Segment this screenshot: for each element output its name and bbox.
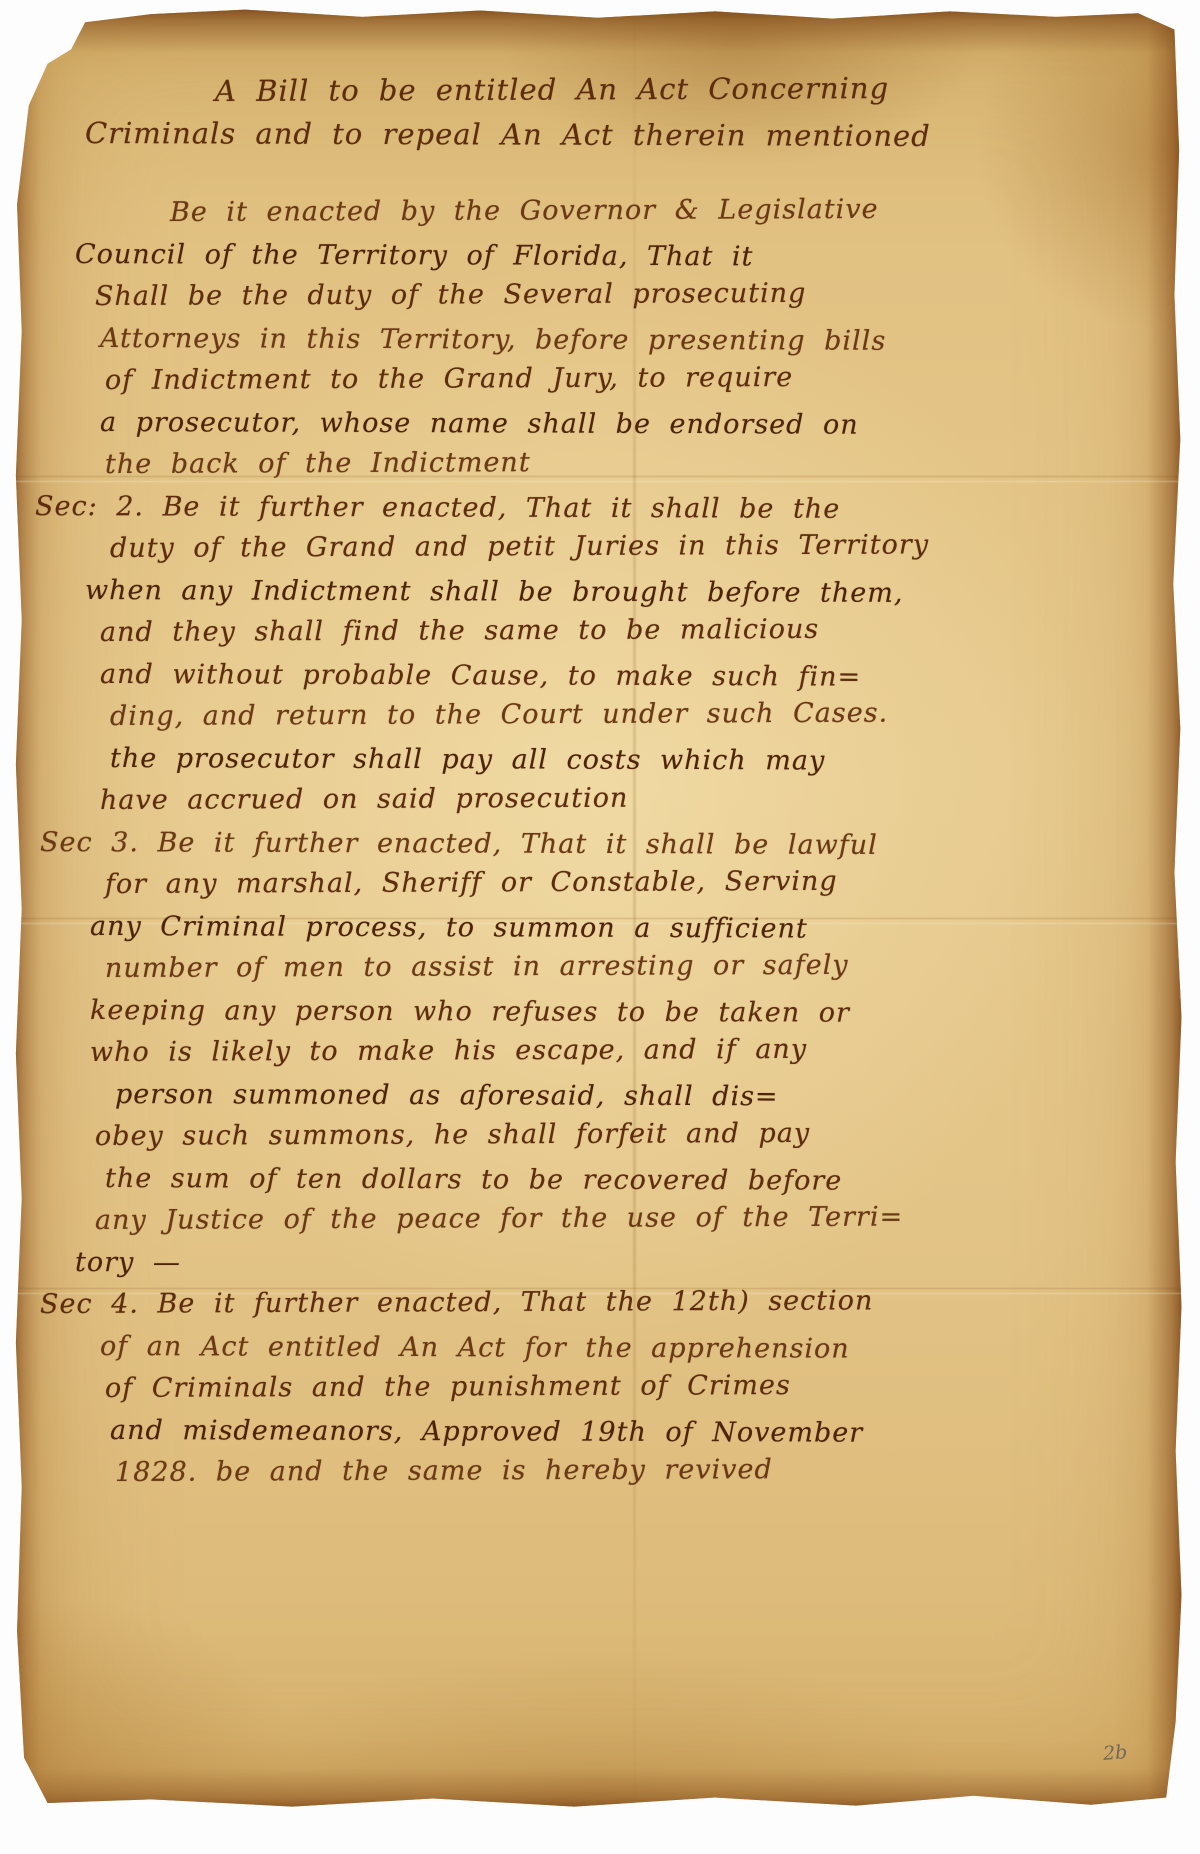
section-3-line: any Justice of the peace for the use of …: [95, 1195, 1185, 1242]
section-4-line: 1828. be and the same is hereby revived: [115, 1447, 1185, 1494]
section-4-heading-line: Sec 4. Be it further enacted, That the 1…: [40, 1279, 1185, 1326]
section-3-line: obey such summons, he shall forfeit and …: [95, 1111, 1185, 1158]
section-1-line: of Indictment to the Grand Jury, to requ…: [105, 355, 1185, 402]
scan-background: A Bill to be entitled An Act Concerning …: [0, 0, 1200, 1854]
section-1-line: Be it enacted by the Governor & Legislat…: [170, 188, 1185, 234]
section-3-line: who is likely to make his escape, and if…: [90, 1027, 1185, 1074]
section-1-line: Shall be the duty of the Several prosecu…: [95, 271, 1185, 318]
section-3-line: for any marshal, Sheriff or Constable, S…: [105, 859, 1185, 906]
section-2-line: and they shall find the same to be malic…: [100, 607, 1185, 654]
manuscript-text: A Bill to be entitled An Act Concerning …: [10, 6, 1185, 1494]
title-line: A Bill to be entitled An Act Concerning: [215, 66, 1185, 112]
section-2-line: have accrued on said prosecution: [100, 775, 1185, 822]
section-1-line: the back of the Indictment: [105, 439, 1185, 486]
title-line: Criminals and to repeal An Act therein m…: [85, 112, 1185, 158]
section-2-line: ding, and return to the Court under such…: [110, 691, 1185, 738]
section-2-line: duty of the Grand and petit Juries in th…: [110, 523, 1185, 570]
section-3-line: number of men to assist in arresting or …: [105, 943, 1185, 990]
section-4-line: of Criminals and the punishment of Crime…: [105, 1363, 1185, 1410]
manuscript-page: A Bill to be entitled An Act Concerning …: [10, 6, 1185, 1812]
page-number-annotation: 2b: [1102, 1741, 1128, 1765]
